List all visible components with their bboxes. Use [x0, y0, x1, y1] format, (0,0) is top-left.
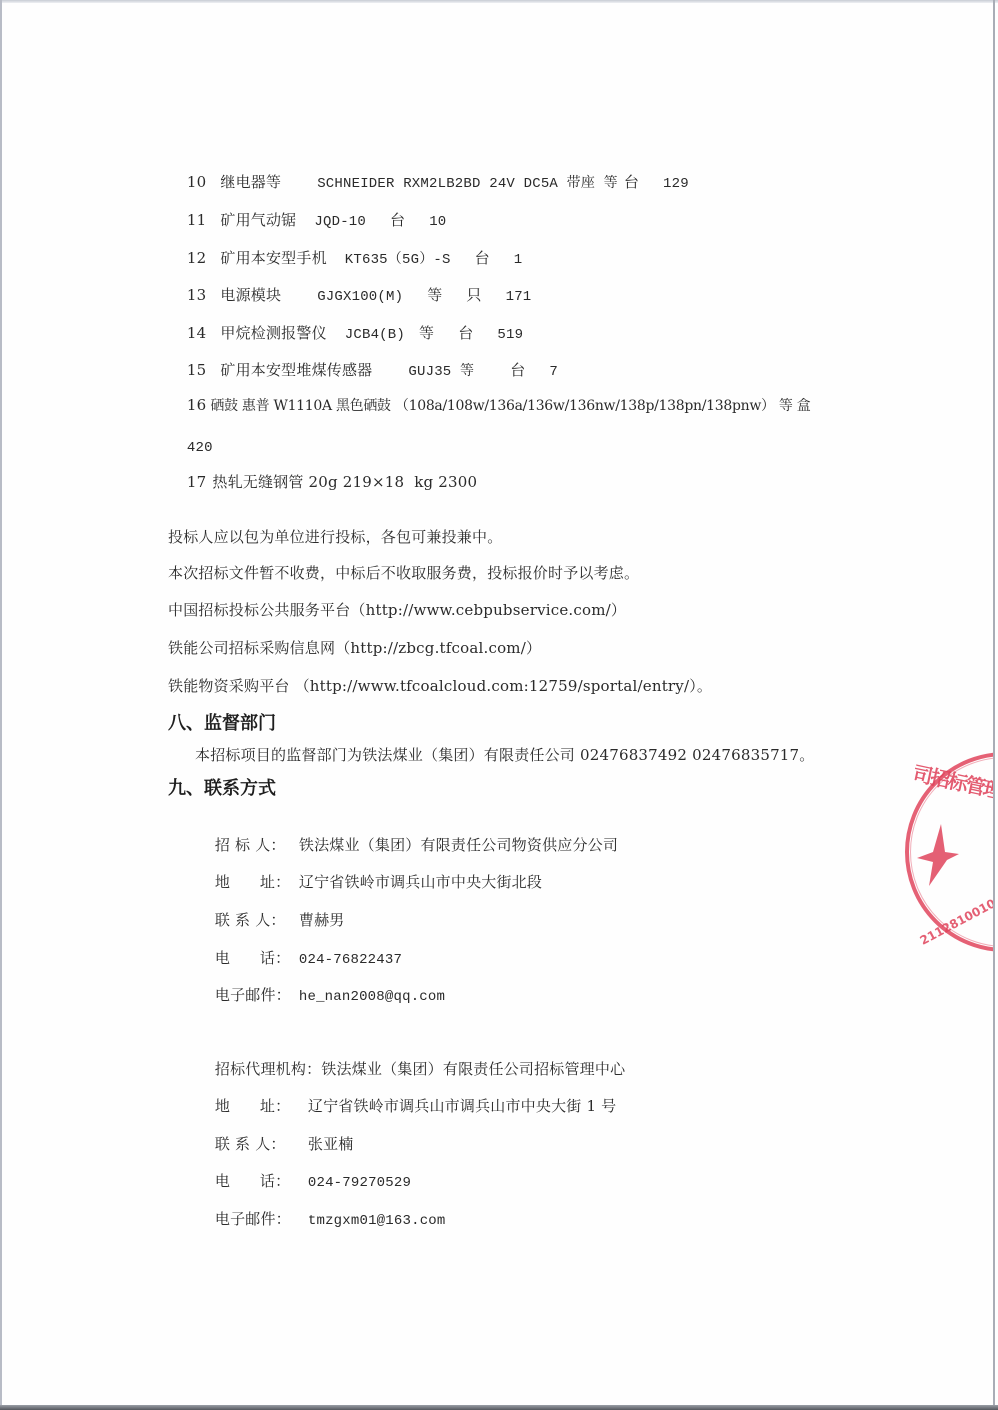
stamp-number: 2112810010 [918, 896, 993, 948]
label: 联 系 人： [215, 910, 299, 930]
item-16: 16硒鼓 惠普 W1110A 黑色硒鼓 （108a/108w/136a/136w… [167, 375, 810, 436]
page-edge-right [993, 0, 995, 1410]
item-extra: 等 [427, 286, 442, 304]
label: 电子邮件： [215, 985, 299, 1005]
label: 电子邮件： [215, 1209, 308, 1229]
tenderer-contact: 曹赫男 [299, 911, 345, 929]
page-edge-left [0, 0, 2, 1410]
item-name: 矿用气动锯 [220, 211, 296, 229]
agency-email-row: 电子邮件：tmzgxm01@163.com [195, 1189, 446, 1251]
stamp-text: 司招标管理中心 [910, 757, 993, 812]
link-tfcoalcloud[interactable]: 铁能物资采购平台 （http://www.tfcoalcloud.com:127… [168, 676, 712, 696]
page-edge-bottom [0, 1405, 998, 1410]
label: 地 址： [215, 872, 299, 892]
section-9-heading: 九、联系方式 [168, 778, 276, 800]
label: 地 址： [215, 1096, 308, 1116]
tenderer-address: 辽宁省铁岭市调兵山市中央大街北段 [299, 873, 542, 891]
item-unit: 台 [624, 173, 639, 191]
item-number: 10 [187, 173, 207, 191]
stamp-inner-ring [910, 757, 993, 947]
item-name: 电源模块 [220, 286, 281, 304]
tenderer-email-row: 电子邮件：he_nan2008@qq.com [195, 965, 445, 1027]
item-number: 17 [187, 473, 207, 491]
item-unit: 只 [466, 286, 481, 304]
star-icon [915, 822, 959, 888]
section-8-body: 本招标项目的监督部门为铁法煤业（集团）有限责任公司 02476837492 02… [195, 745, 815, 765]
item-number: 16 [187, 396, 207, 414]
item-number: 13 [187, 286, 207, 304]
section-8-heading: 八、监督部门 [168, 713, 276, 735]
note-fees: 本次招标文件暂不收费，中标后不收取服务费，投标报价时予以考虑。 [168, 563, 639, 583]
item-unit: 台 [390, 211, 405, 229]
item-text: 热轧无缝钢管 20g 219×18 kg 2300 [212, 473, 477, 491]
document-page: 10继电器等SCHNEIDER RXM2LB2BD 24V DC5A 带座 等台… [0, 0, 998, 1410]
note-bid-by-package: 投标人应以包为单位进行投标，各包可兼投兼中。 [168, 527, 502, 547]
agency-address: 辽宁省铁岭市调兵山市调兵山市中央大街 1 号 [308, 1097, 616, 1115]
item-qty: 129 [663, 176, 689, 192]
item-text: 硒鼓 惠普 W1110A 黑色硒鼓 （108a/108w/136a/136w/1… [210, 398, 810, 414]
agency-email[interactable]: tmzgxm01@163.com [308, 1213, 446, 1229]
label: 电 话： [215, 1171, 308, 1191]
stamp-ring [905, 752, 993, 952]
page-edge-top [0, 0, 998, 3]
item-17: 17热轧无缝钢管 20g 219×18 kg 2300 [167, 452, 477, 512]
link-zbcg-tfcoal[interactable]: 铁能公司招标采购信息网（http://zbcg.tfcoal.com/） [168, 638, 541, 658]
link-cebpubservice[interactable]: 中国招标投标公共服务平台（http://www.cebpubservice.co… [168, 600, 626, 620]
tenderer-email[interactable]: he_nan2008@qq.com [299, 989, 445, 1005]
item-number: 11 [187, 211, 207, 229]
item-name: 继电器等 [220, 173, 281, 191]
